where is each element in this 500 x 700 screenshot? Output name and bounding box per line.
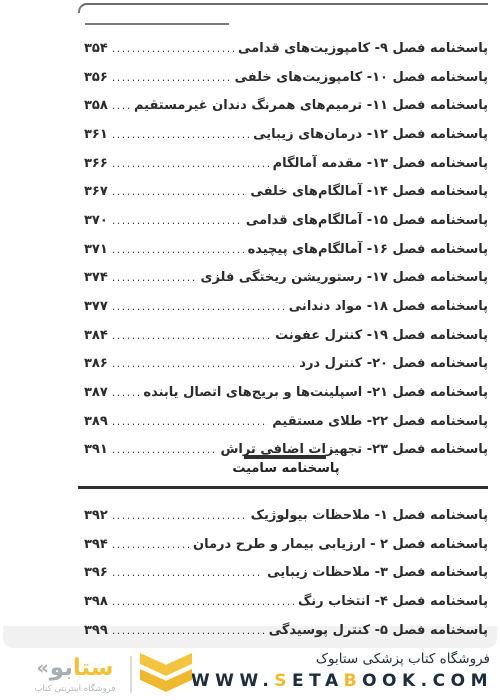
entry-title: پاسخنامه فصل ۱۶- آمالگام‌های پیچیده bbox=[248, 242, 488, 257]
leader-dots: ........................................… bbox=[112, 596, 294, 607]
section-heading-rule-bottom bbox=[78, 486, 488, 489]
entry-title: پاسخنامه فصل ۱۳- مقدمه آمالگام bbox=[273, 156, 488, 171]
logo-tagline: فروشگاه اینترنتی کتاب bbox=[22, 684, 128, 694]
toc-entry: پاسخنامه فصل ۵- کنترل پوسیدگی...........… bbox=[84, 616, 488, 645]
toc-entry: پاسخنامه فصل ۱۹- کنترل عفونت............… bbox=[84, 321, 488, 350]
entry-title: پاسخنامه فصل ۹- کامپوزیت‌های قدامی bbox=[238, 41, 488, 56]
entry-title: پاسخنامه فصل ۵- کنترل پوسیدگی bbox=[269, 623, 488, 638]
entry-page: ۳۵۸ bbox=[84, 98, 108, 113]
logo-wordmark: « ستابو bbox=[22, 653, 128, 683]
leader-dots: ........................................… bbox=[112, 416, 268, 427]
toc-entry: پاسخنامه فصل ۳- ملاحظات زیبایی..........… bbox=[84, 558, 488, 587]
entry-title: پاسخنامه فصل ۲۱- اسپلینت‌ها و بریج‌های ا… bbox=[143, 385, 488, 400]
entry-page: ۳۷۰ bbox=[84, 213, 108, 228]
entry-title: پاسخنامه فصل ۱- ملاحظات بیولوژیک bbox=[251, 508, 488, 523]
entry-page: ۳۶۷ bbox=[84, 184, 108, 199]
setabook-logo: « ستابو فروشگاه اینترنتی کتاب bbox=[22, 652, 194, 698]
toc-entry: پاسخنامه فصل ۹- کامپوزیت‌های قدامی......… bbox=[84, 34, 488, 63]
entry-page: ۳۸۹ bbox=[84, 414, 108, 429]
toc-entry: پاسخنامه فصل ۱- ملاحظات بیولوژیک........… bbox=[84, 501, 488, 530]
toc-entry: پاسخنامه فصل ۱۰- کامپوزیت‌های خلفی......… bbox=[84, 63, 488, 92]
entry-page: ۳۵۶ bbox=[84, 70, 108, 85]
leader-dots: ........................................… bbox=[112, 158, 269, 169]
entry-title: پاسخنامه فصل ۱۴- آمالگام‌های خلفی bbox=[250, 184, 488, 199]
entry-title: پاسخنامه فصل ۲۰- کنترل درد bbox=[299, 356, 488, 371]
entry-page: ۳۹۴ bbox=[84, 537, 108, 552]
toc-entry: پاسخنامه فصل ۲۳- تجهیزات اضافی تراش.....… bbox=[84, 436, 488, 465]
toc-section-2: پاسخنامه فصل ۱- ملاحظات بیولوژیک........… bbox=[84, 501, 488, 644]
entry-page: ۳۷۴ bbox=[84, 270, 108, 285]
store-title: فروشگاه کتاب پزشکی ستابوک bbox=[316, 651, 490, 667]
toc-entry: پاسخنامه فصل ۱۴- آمالگام‌های خلفی.......… bbox=[84, 177, 488, 206]
entry-page: ۳۶۶ bbox=[84, 156, 108, 171]
leader-dots: ........................................… bbox=[112, 330, 271, 341]
leader-dots: ........................................… bbox=[112, 625, 265, 636]
leader-dots: ........................................… bbox=[112, 72, 231, 83]
entry-page: ۳۹۶ bbox=[84, 565, 108, 580]
entry-page: ۳۵۴ bbox=[84, 41, 108, 56]
entry-page: ۳۷۷ bbox=[84, 299, 108, 314]
leader-dots: ........................................… bbox=[112, 186, 247, 197]
toc-entry: پاسخنامه فصل ۱۶- آمالگام‌های پیچیده.....… bbox=[84, 235, 488, 264]
toc-entry: پاسخنامه فصل ۴- انتخاب رنگ..............… bbox=[84, 587, 488, 616]
entry-page: ۳۹۹ bbox=[84, 623, 108, 638]
top-rule-secondary bbox=[85, 23, 229, 25]
guillemet-icon: « bbox=[37, 659, 49, 678]
entry-title: پاسخنامه فصل ۳- ملاحظات زیبایی bbox=[267, 565, 488, 580]
entry-title: پاسخنامه فصل ۱۲- درمان‌های زیبایی bbox=[253, 127, 488, 142]
toc-entry: پاسخنامه فصل ۱۳- مقدمه آمالگام..........… bbox=[84, 149, 488, 178]
entry-page: ۳۷۱ bbox=[84, 242, 108, 257]
section-heading: پاسخنامه سامیت bbox=[84, 461, 488, 476]
leader-dots: ........................................… bbox=[112, 43, 234, 54]
top-rule bbox=[78, 3, 488, 13]
entry-title: پاسخنامه فصل ۱۰- کامپوزیت‌های خلفی bbox=[235, 70, 488, 85]
entry-title: پاسخنامه فصل ۲ - ارزیابی بیمار و طرح درم… bbox=[193, 537, 488, 552]
leader-dots: ........................................… bbox=[112, 444, 217, 455]
leader-dots: ........................................… bbox=[112, 244, 244, 255]
entry-title: پاسخنامه فصل ۱۵- آمالگام‌های قدامی bbox=[246, 213, 488, 228]
entry-title: پاسخنامه فصل ۱۱- ترمیم‌های همرنگ دندان غ… bbox=[134, 98, 488, 113]
leader-dots: ........................................… bbox=[112, 301, 285, 312]
entry-title: پاسخنامه فصل ۱۸- مواد دندانی bbox=[289, 299, 488, 314]
toc-entry: پاسخنامه فصل ۲ - ارزیابی بیمار و طرح درم… bbox=[84, 530, 488, 559]
toc-entry: پاسخنامه فصل ۲۲- طلای مستقیم............… bbox=[84, 407, 488, 436]
leader-dots: ........................................… bbox=[112, 129, 249, 140]
entry-page: ۳۹۸ bbox=[84, 594, 108, 609]
leader-dots: ........................................… bbox=[112, 100, 130, 111]
toc-entry: پاسخنامه فصل ۲۱- اسپلینت‌ها و بریج‌های ا… bbox=[84, 378, 488, 407]
logo-divider bbox=[130, 656, 132, 693]
toc-entry: پاسخنامه فصل ۱۷- رستوریشن ریختگی فلزی...… bbox=[84, 264, 488, 293]
leader-dots: ........................................… bbox=[112, 567, 263, 578]
toc-entry: پاسخنامه فصل ۲۰- کنترل درد..............… bbox=[84, 350, 488, 379]
leader-dots: ........................................… bbox=[112, 358, 295, 369]
entry-page: ۳۸۴ bbox=[84, 328, 108, 343]
toc-section-1: پاسخنامه فصل ۹- کامپوزیت‌های قدامی......… bbox=[84, 34, 488, 464]
logo-wordmark-text: ستابو bbox=[50, 657, 114, 680]
leader-dots: ........................................… bbox=[112, 539, 189, 550]
wordmark-left: بو bbox=[50, 655, 73, 681]
entry-page: ۳۸۷ bbox=[84, 385, 108, 400]
entry-page: ۳۹۱ bbox=[84, 442, 108, 457]
toc-entry: پاسخنامه فصل ۱۱- ترمیم‌های همرنگ دندان غ… bbox=[84, 91, 488, 120]
leader-dots: ........................................… bbox=[112, 272, 197, 283]
entry-title: پاسخنامه فصل ۴- انتخاب رنگ bbox=[298, 594, 488, 609]
entry-page: ۳۶۱ bbox=[84, 127, 108, 142]
website-link[interactable]: WWW.SETABOOK.COM bbox=[191, 671, 493, 691]
wordmark-right: ستا bbox=[73, 655, 114, 681]
leader-dots: ........................................… bbox=[112, 510, 247, 521]
toc-entry: پاسخنامه فصل ۱۵- آمالگام‌های قدامی......… bbox=[84, 206, 488, 235]
entry-page: ۳۸۶ bbox=[84, 356, 108, 371]
entry-title: پاسخنامه فصل ۱۷- رستوریشن ریختگی فلزی bbox=[201, 270, 488, 285]
toc-entry: پاسخنامه فصل ۱۲- درمان‌های زیبایی.......… bbox=[84, 120, 488, 149]
toc-entry: پاسخنامه فصل ۱۸- مواد دندانی............… bbox=[84, 292, 488, 321]
leader-dots: ........................................… bbox=[112, 215, 242, 226]
entry-page: ۳۹۲ bbox=[84, 508, 108, 523]
scanned-toc-page: پاسخنامه فصل ۹- کامپوزیت‌های قدامی......… bbox=[0, 0, 500, 700]
section-heading-rule-top bbox=[244, 455, 326, 459]
double-chevron-icon bbox=[140, 653, 192, 697]
entry-title: پاسخنامه فصل ۱۹- کنترل عفونت bbox=[275, 328, 488, 343]
entry-title: پاسخنامه فصل ۲۲- طلای مستقیم bbox=[272, 414, 488, 429]
leader-dots: ........................................… bbox=[112, 387, 140, 398]
